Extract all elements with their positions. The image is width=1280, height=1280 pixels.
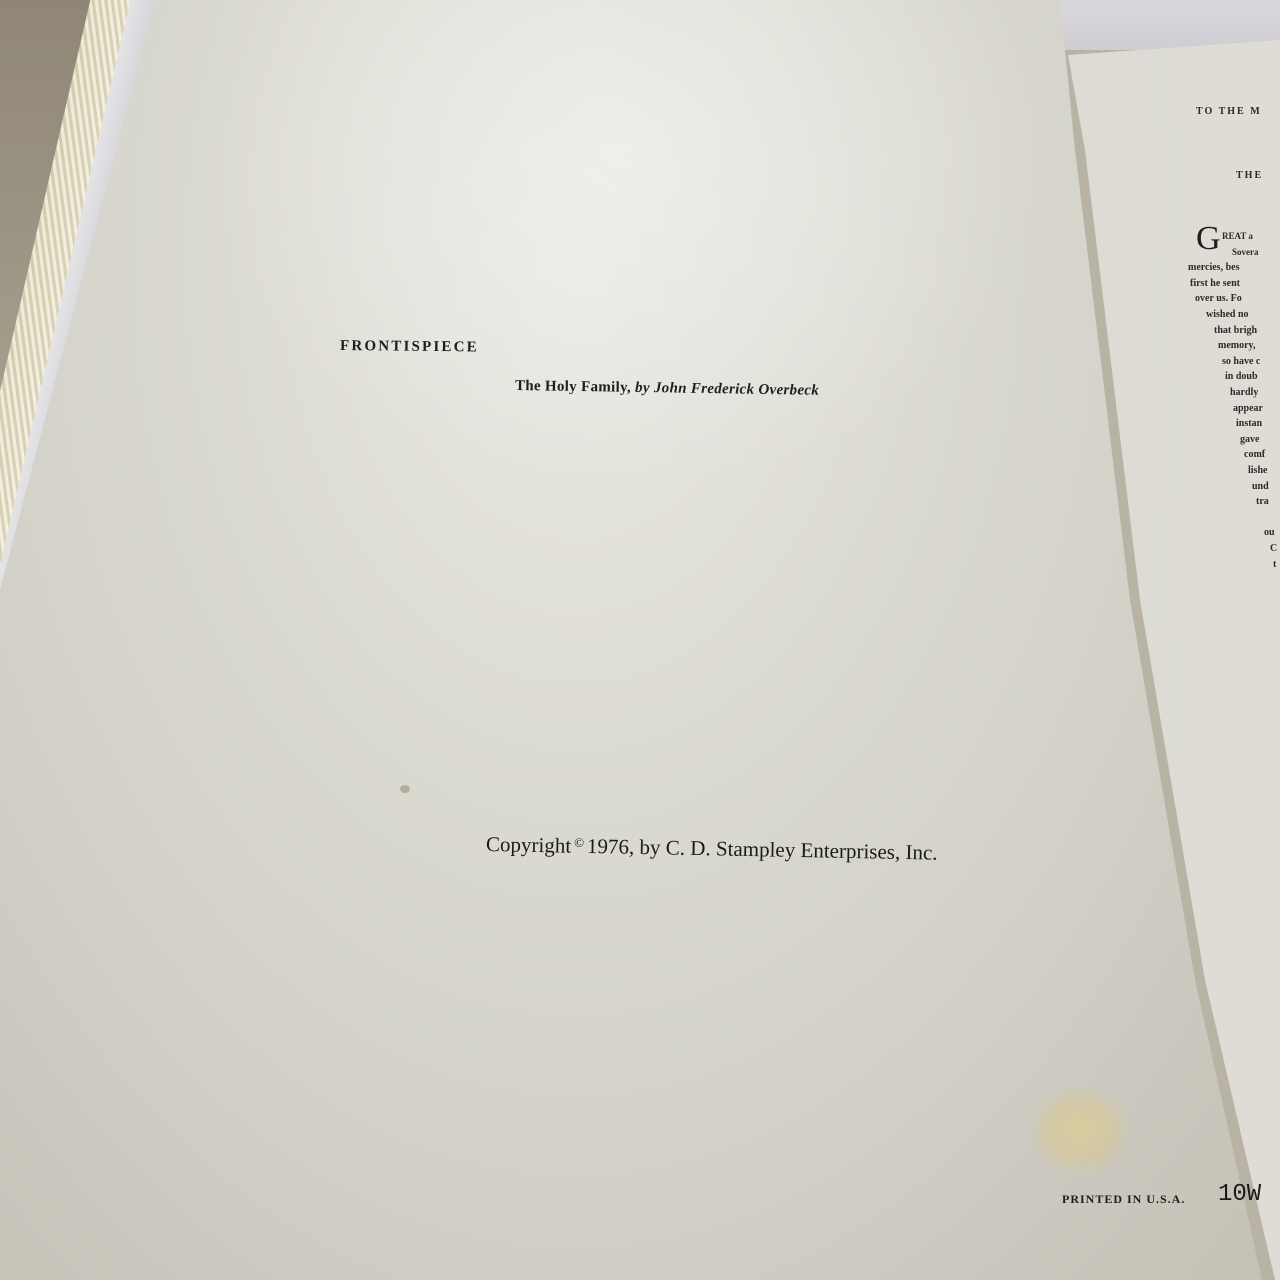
body-text-line: that brigh	[1214, 326, 1257, 336]
right-page-body-text: REAT aSoveramercies, besfirst he sentove…	[0, 0, 1280, 1280]
body-text-line: REAT a	[1222, 232, 1253, 241]
body-text-line: gave	[1240, 435, 1259, 445]
body-text-line: C	[1270, 544, 1277, 554]
body-text-line: memory,	[1218, 341, 1256, 351]
body-text-line: hardly	[1230, 388, 1258, 398]
body-text-line: instan	[1236, 419, 1262, 429]
body-text-line: mercies, bes	[1188, 263, 1239, 273]
body-text-line: tra	[1256, 497, 1269, 507]
body-text-line: so have c	[1222, 357, 1260, 367]
body-text-line: over us. Fo	[1195, 294, 1242, 304]
body-text-line: t	[1273, 560, 1276, 570]
body-text-line: Sovera	[1232, 248, 1259, 257]
body-text-line: appear	[1233, 404, 1263, 414]
body-text-line: ou	[1264, 528, 1275, 538]
body-text-line: in doub	[1225, 372, 1258, 382]
body-text-line: lishe	[1248, 466, 1267, 476]
body-text-line: wished no	[1206, 310, 1249, 320]
body-text-line: first he sent	[1190, 279, 1240, 289]
body-text-line: comf	[1244, 450, 1265, 460]
book-photo: FRONTISPIECE The Holy Family, by John Fr…	[0, 0, 1280, 1280]
body-text-line: und	[1252, 482, 1269, 492]
